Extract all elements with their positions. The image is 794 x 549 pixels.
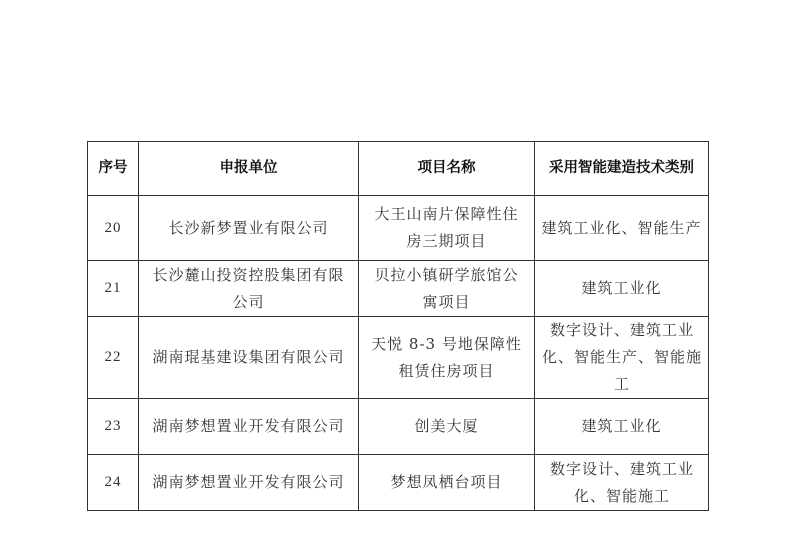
cell-project: 梦想凤栖台项目 (359, 455, 535, 511)
cell-project-text: 大王山南片保障性住房三期项目 (372, 201, 522, 255)
cell-project-text: 贝拉小镇研学旅馆公寓项目 (372, 262, 522, 316)
header-project: 项目名称 (359, 142, 535, 196)
cell-tech: 建筑工业化 (535, 399, 709, 455)
cell-unit: 湖南琨基建设集团有限公司 (139, 317, 359, 399)
table-row: 23 湖南梦想置业开发有限公司 创美大厦 建筑工业化 (88, 399, 709, 455)
cell-tech: 建筑工业化、智能生产 (535, 196, 709, 261)
cell-index: 23 (88, 399, 139, 455)
table-header-row: 序号 申报单位 项目名称 采用智能建造技术类别 (88, 142, 709, 196)
table-row: 20 长沙新梦置业有限公司 大王山南片保障性住房三期项目 建筑工业化、智能生产 (88, 196, 709, 261)
cell-project-text: 天悦 8-3 号地保障性租赁住房项目 (369, 331, 525, 385)
cell-unit: 长沙新梦置业有限公司 (139, 196, 359, 261)
cell-tech: 数字设计、建筑工业化、智能施工 (535, 455, 709, 511)
cell-unit: 湖南梦想置业开发有限公司 (139, 455, 359, 511)
cell-index: 22 (88, 317, 139, 399)
cell-project: 大王山南片保障性住房三期项目 (359, 196, 535, 261)
header-index: 序号 (88, 142, 139, 196)
cell-tech: 建筑工业化 (535, 261, 709, 317)
enterprise-project-table: 序号 申报单位 项目名称 采用智能建造技术类别 20 长沙新梦置业有限公司 大王… (87, 141, 709, 511)
table-row: 21 长沙麓山投资控股集团有限公司 贝拉小镇研学旅馆公寓项目 建筑工业化 (88, 261, 709, 317)
cell-index: 20 (88, 196, 139, 261)
cell-unit: 湖南梦想置业开发有限公司 (139, 399, 359, 455)
cell-tech-text: 数字设计、建筑工业化、智能施工 (539, 456, 705, 510)
cell-project: 创美大厦 (359, 399, 535, 455)
table-row: 24 湖南梦想置业开发有限公司 梦想凤栖台项目 数字设计、建筑工业化、智能施工 (88, 455, 709, 511)
cell-project: 贝拉小镇研学旅馆公寓项目 (359, 261, 535, 317)
cell-tech: 数字设计、建筑工业化、智能生产、智能施工 (535, 317, 709, 399)
header-tech: 采用智能建造技术类别 (535, 142, 709, 196)
cell-index: 24 (88, 455, 139, 511)
cell-tech-text: 数字设计、建筑工业化、智能生产、智能施工 (539, 317, 705, 398)
cell-index: 21 (88, 261, 139, 317)
cell-project: 天悦 8-3 号地保障性租赁住房项目 (359, 317, 535, 399)
cell-unit: 长沙麓山投资控股集团有限公司 (139, 261, 359, 317)
cell-unit-text: 长沙麓山投资控股集团有限公司 (146, 262, 352, 316)
table-row: 22 湖南琨基建设集团有限公司 天悦 8-3 号地保障性租赁住房项目 数字设计、… (88, 317, 709, 399)
header-unit: 申报单位 (139, 142, 359, 196)
